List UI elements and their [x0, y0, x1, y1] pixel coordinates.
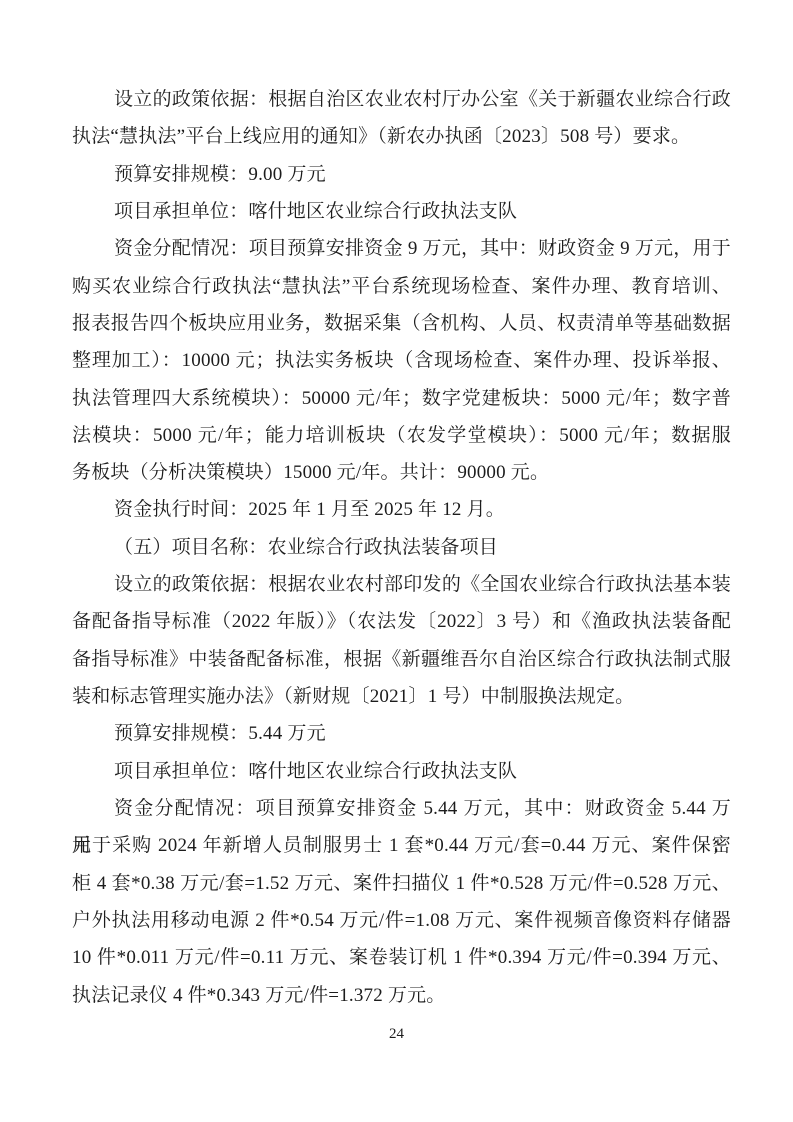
text-line: 资金分配情况：项目预算安排资金 5.44 万元，其中：财政资金 5.44 万元； — [72, 790, 731, 827]
text-line: 资金执行时间：2025 年 1 月至 2025 年 12 月。 — [72, 491, 731, 528]
text-line: 户外执法用移动电源 2 件*0.54 万元/件=1.08 万元、案件视频音像资料… — [72, 902, 731, 939]
text-line: 柜 4 套*0.38 万元/套=1.52 万元、案件扫描仪 1 件*0.528 … — [72, 865, 731, 902]
text-line: 执法“慧执法”平台上线应用的通知》（新农办执函〔2023〕508 号）要求。 — [72, 118, 731, 155]
text-line: 用于采购 2024 年新增人员制服男士 1 套*0.44 万元/套=0.44 万… — [72, 827, 731, 864]
document-page: 设立的政策依据：根据自治区农业农村厅办公室《关于新疆农业综合行政执法“慧执法”平… — [0, 0, 793, 1122]
text-line: 装和标志管理实施办法》（新财规〔2021〕1 号）中制服换法规定。 — [72, 678, 731, 715]
text-line: 执法管理四大系统模块）：50000 元/年；数字党建板块：5000 元/年；数字… — [72, 380, 731, 417]
text-line: 设立的政策依据：根据农业农村部印发的《全国农业综合行政执法基本装 — [72, 566, 731, 603]
text-line: （五）项目名称：农业综合行政执法装备项目 — [72, 529, 731, 566]
page-number: 24 — [0, 1024, 793, 1044]
text-line: 务板块（分析决策模块）15000 元/年。共计：90000 元。 — [72, 454, 731, 491]
text-line: 预算安排规模：5.44 万元 — [72, 715, 731, 752]
text-line: 整理加工）：10000 元；执法实务板块（含现场检查、案件办理、投诉举报、 — [72, 342, 731, 379]
text-line: 设立的政策依据：根据自治区农业农村厅办公室《关于新疆农业综合行政 — [72, 81, 731, 118]
text-line: 报表报告四个板块应用业务，数据采集（含机构、人员、权责清单等基础数据 — [72, 305, 731, 342]
text-line: 备配备指导标准（2022 年版）》（农法发〔2022〕3 号）和《渔政执法装备配 — [72, 603, 731, 640]
text-line: 法模块：5000 元/年；能力培训板块（农发学堂模块）：5000 元/年；数据服 — [72, 417, 731, 454]
text-line: 购买农业综合行政执法“慧执法”平台系统现场检查、案件办理、教育培训、 — [72, 268, 731, 305]
text-line: 项目承担单位：喀什地区农业综合行政执法支队 — [72, 193, 731, 230]
text-line: 预算安排规模：9.00 万元 — [72, 156, 731, 193]
text-line: 执法记录仪 4 件*0.343 万元/件=1.372 万元。 — [72, 977, 731, 1014]
text-line: 备指导标准》中装备配备标准，根据《新疆维吾尔自治区综合行政执法制式服 — [72, 641, 731, 678]
text-line: 10 件*0.011 万元/件=0.11 万元、案卷装订机 1 件*0.394 … — [72, 939, 731, 976]
text-line: 项目承担单位：喀什地区农业综合行政执法支队 — [72, 753, 731, 790]
text-line: 资金分配情况：项目预算安排资金 9 万元，其中：财政资金 9 万元，用于 — [72, 230, 731, 267]
document-body: 设立的政策依据：根据自治区农业农村厅办公室《关于新疆农业综合行政执法“慧执法”平… — [72, 81, 731, 1014]
